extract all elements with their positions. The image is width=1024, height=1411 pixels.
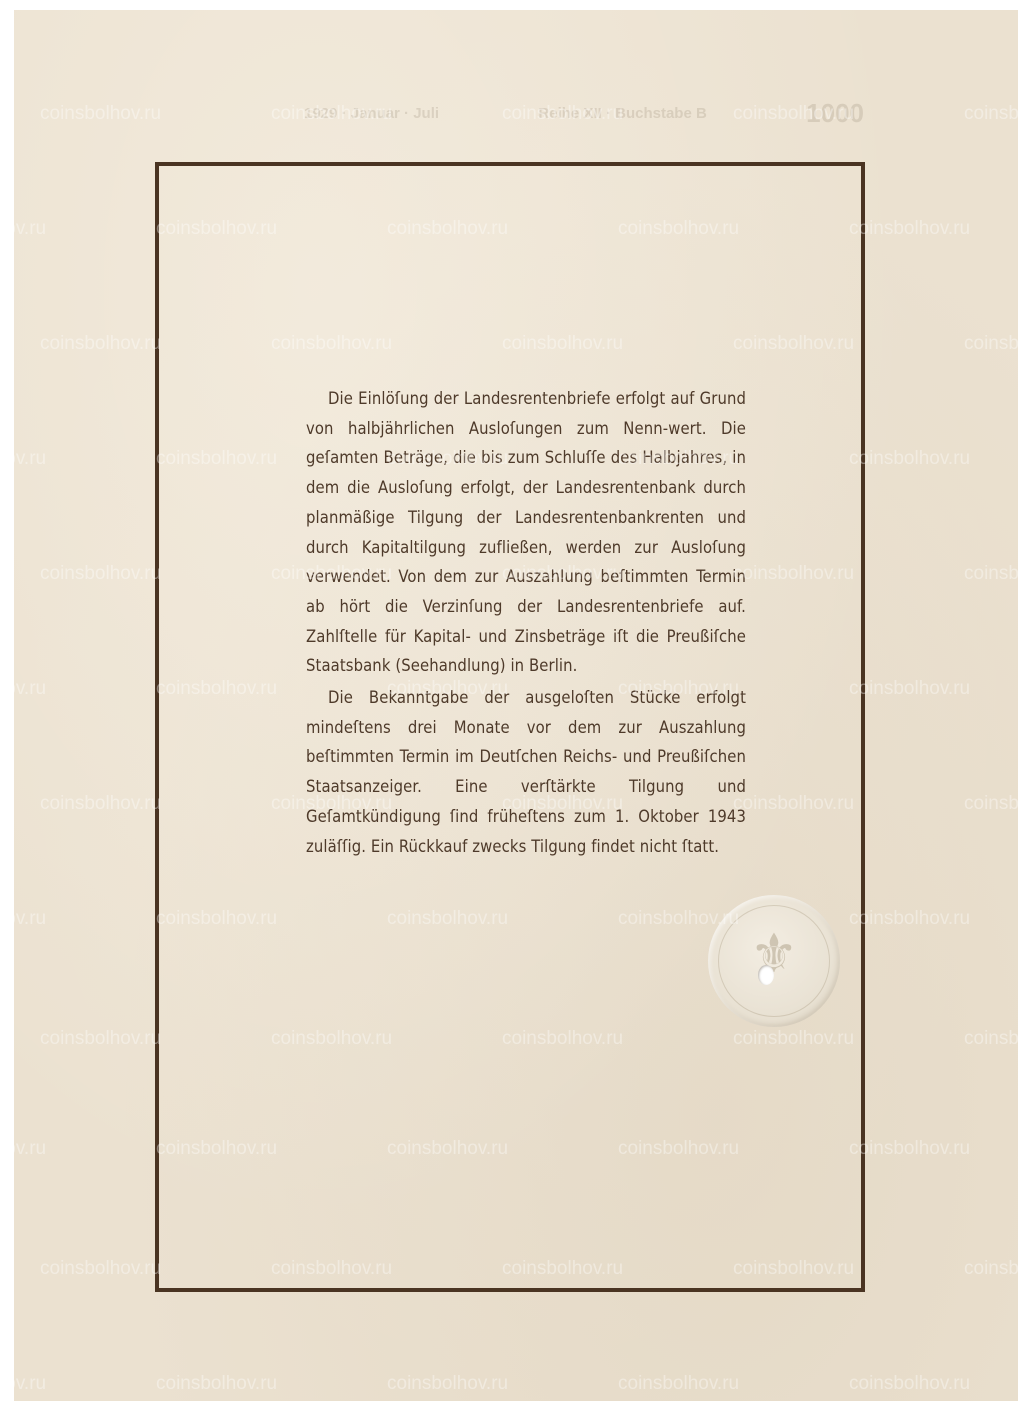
embossed-seal: ⚜ xyxy=(708,895,840,1027)
punch-hole xyxy=(758,965,774,985)
ghost-header-middle: Reihe XII · Buchstabe B xyxy=(538,105,706,122)
paragraph-announcement: Die Bekanntgabe der ausgeloſten Stücke e… xyxy=(306,683,746,861)
document-body: Die Einlöſung der Landesrentenbriefe erf… xyxy=(306,384,746,861)
ghost-header-left: 1929 · Januar · Juli xyxy=(304,105,439,122)
eagle-emblem-icon: ⚜ xyxy=(744,919,804,989)
bleed-through-header: 1929 · Januar · Juli Reihe XII · Buchsta… xyxy=(304,98,864,128)
ghost-header-amount: 1000 xyxy=(806,98,864,129)
paragraph-redemption: Die Einlöſung der Landesrentenbriefe erf… xyxy=(306,384,746,681)
